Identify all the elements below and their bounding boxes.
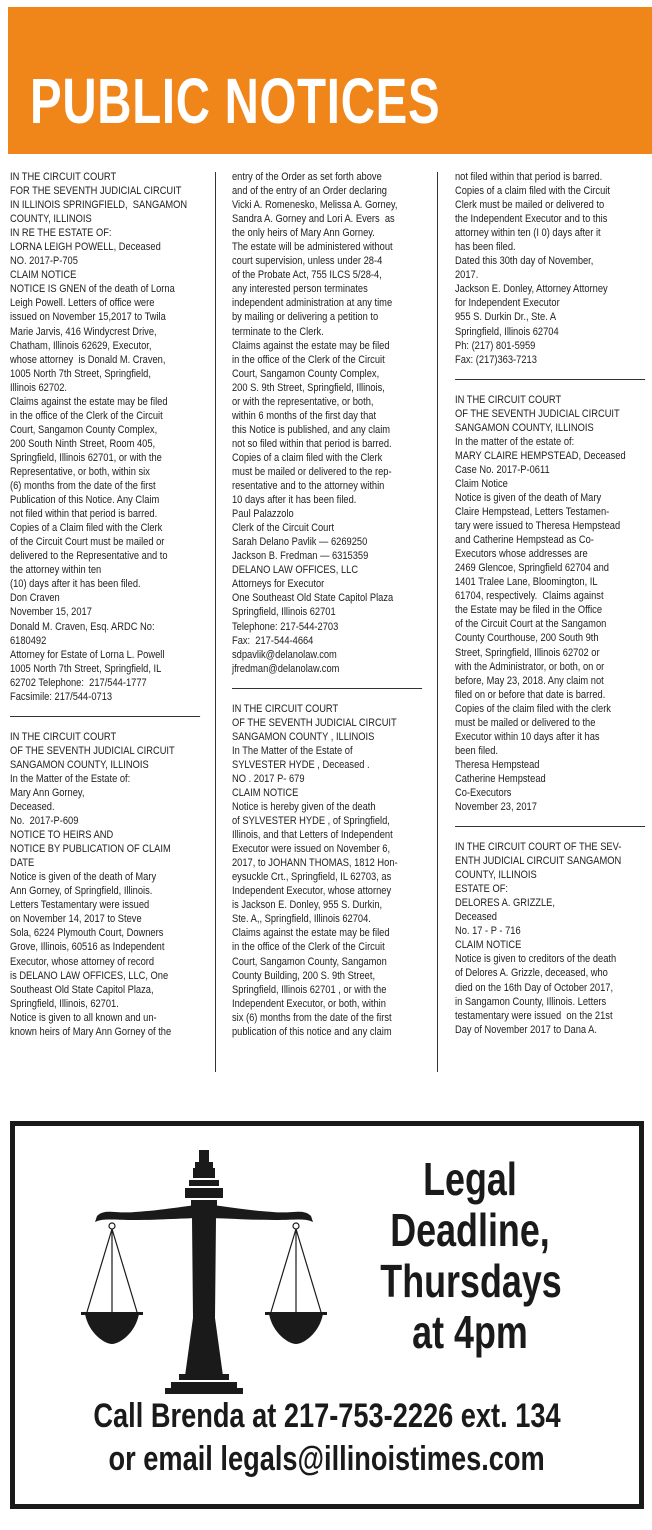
notice-line: delivered to the Representative and to	[10, 549, 199, 563]
notice-separator	[10, 716, 200, 717]
notice-line: of the Probate Act, 755 ILCS 5/28-4,	[232, 268, 421, 282]
notice-line: within 6 months of the first day that	[232, 409, 421, 423]
notice-line: CLAIM NOTICE	[232, 786, 421, 800]
notice-line: Claire Hempstead, Letters Testamen-	[455, 505, 644, 519]
notice-line: IN THE CIRCUIT COURT	[10, 170, 199, 184]
ad-headline: Legal Deadline, Thursdays at 4pm	[355, 1154, 585, 1358]
ad-email-text: or email legals@illinoistimes.com	[109, 1439, 545, 1479]
notice-line: filed on or before that date is barred.	[455, 688, 644, 702]
notice-line: 200 S. 9th Street, Springfield, Illinois…	[232, 381, 421, 395]
notice-line: COUNTY, ILLINOIS	[455, 868, 644, 882]
notice-line: In the matter of the estate of:	[455, 435, 644, 449]
notice-line: Illinois, and that Letters of Independen…	[232, 828, 421, 842]
ad-phone-text: Call Brenda at 217-753-2226 ext. 134	[93, 1396, 560, 1436]
notice-line: In The Matter of the Estate of	[232, 744, 421, 758]
notice-line: 955 S. Durkin Dr., Ste. A	[455, 310, 644, 324]
notice-line: Donald M. Craven, Esq. ARDC No:	[10, 620, 199, 634]
notice-line: Dated this 30th day of November,	[455, 254, 644, 268]
notice-line: NO . 2017 P- 679	[232, 772, 421, 786]
notice-line: tary were issued to Theresa Hempstead	[455, 519, 644, 533]
notice-line: Ste. A,, Springfield, Illinois 62704.	[232, 912, 421, 926]
ad-headline-line: Legal	[380, 1154, 559, 1205]
notice-line: Catherine Hempstead	[455, 772, 644, 786]
notice-line: Marie Jarvis, 416 Windycrest Drive,	[10, 325, 199, 339]
notice-line: Vicki A. Romenesko, Melissa A. Gorney,	[232, 198, 421, 212]
notice-line: (10) days after it has been filed.	[10, 577, 199, 591]
notice-hyde: IN THE CIRCUIT COURTOF THE SEVENTH JUDIC…	[232, 702, 421, 1039]
notice-line: Theresa Hempstead	[455, 758, 644, 772]
notice-line: Publication of this Notice. Any Claim	[10, 493, 199, 507]
notice-line: the Independent Executor and to this	[455, 212, 644, 226]
ad-headline-line: Thursdays	[380, 1256, 559, 1307]
notice-line: Sola, 6224 Plymouth Court, Downers	[10, 926, 199, 940]
notice-line: is DELANO LAW OFFICES, LLC, One	[10, 969, 199, 983]
notice-line: and of the entry of an Order declaring	[232, 184, 421, 198]
notice-line: ESTATE OF:	[455, 882, 644, 896]
notice-line: Jackson E. Donley, Attorney Attorney	[455, 282, 644, 296]
notice-line: The estate will be administered without	[232, 240, 421, 254]
notice-line: of Delores A. Grizzle, deceased, who	[455, 966, 644, 980]
notice-line: Don Craven	[10, 591, 199, 605]
legal-deadline-ad: Legal Deadline, Thursdays at 4pm Call Br…	[10, 1121, 644, 1509]
notice-line: Notice is given to all known and un-	[10, 1011, 199, 1025]
notice-line: FOR THE SEVENTH JUDICIAL CIRCUIT	[10, 184, 199, 198]
column-divider	[215, 172, 216, 1072]
notice-separator	[455, 379, 645, 380]
notice-line: IN ILLINOIS SPRINGFIELD, SANGAMON	[10, 198, 199, 212]
notice-line: testamentary were issued on the 21st	[455, 1009, 644, 1023]
notice-line: entry of the Order as set forth above	[232, 170, 421, 184]
notice-line: on November 14, 2017 to Steve	[10, 912, 199, 926]
notice-line: Notice is hereby given of the death	[232, 800, 421, 814]
notice-line: Notice is given of the death of Mary	[10, 870, 199, 884]
notice-line: SANGAMON COUNTY , ILLINOIS	[232, 730, 421, 744]
notice-line: 200 South Ninth Street, Room 405,	[10, 437, 199, 451]
notice-line: 62702 Telephone: 217/544-1777	[10, 676, 199, 690]
notice-line: Clerk of the Circuit Court	[232, 521, 421, 535]
notice-grizzle: IN THE CIRCUIT COURT OF THE SEV-ENTH JUD…	[455, 840, 644, 1037]
notice-line: (6) months from the date of the first	[10, 479, 199, 493]
notice-line: Springfield, Illinois 62701, or with the	[10, 451, 199, 465]
notice-line: Illinois 62702.	[10, 381, 199, 395]
ad-email-line: or email legals@illinoistimes.com	[15, 1439, 639, 1479]
notice-hyde-continued: not filed within that period is barred.C…	[455, 170, 644, 367]
notice-line: County Courthouse, 200 South 9th	[455, 631, 644, 645]
notice-line: NOTICE IS GNEN of the death of Lorna	[10, 282, 199, 296]
notice-line: Court, Sangamon County Complex,	[232, 367, 421, 381]
notice-line: in Sangamon County, Illinois. Letters	[455, 995, 644, 1009]
notice-line: in the office of the Clerk of the Circui…	[232, 353, 421, 367]
notice-line: Day of November 2017 to Dana A.	[455, 1023, 644, 1037]
notice-line: Paul Palazzolo	[232, 507, 421, 521]
notice-line: whose attorney is Donald M. Craven,	[10, 353, 199, 367]
notice-line: Copies of a claim filed with the Clerk	[232, 451, 421, 465]
notice-line: 1005 North 7th Street, Springfield,	[10, 367, 199, 381]
notice-line: or with the representative, or both,	[232, 395, 421, 409]
notice-line: COUNTY, ILLINOIS	[10, 212, 199, 226]
notice-line: In the Matter of the Estate of:	[10, 772, 199, 786]
notice-line: Southeast Old State Capitol Plaza,	[10, 983, 199, 997]
notice-line: of the Circuit Court must be mailed or	[10, 535, 199, 549]
scales-of-justice-icon	[75, 1148, 339, 1394]
notice-line: the attorney within ten	[10, 563, 199, 577]
notice-line: for Independent Executor	[455, 296, 644, 310]
notice-line: Notice is given of the death of Mary	[455, 491, 644, 505]
notice-line: County Building, 200 S. 9th Street,	[232, 969, 421, 983]
notice-line: Telephone: 217-544-2703	[232, 620, 421, 634]
notice-line: the only heirs of Mary Ann Gorney.	[232, 226, 421, 240]
notice-line: 1005 North 7th Street, Springfield, IL	[10, 662, 199, 676]
notice-line: 61704, respectively. Claims against	[455, 589, 644, 603]
notice-line: MARY CLAIRE HEMPSTEAD, Deceased	[455, 449, 644, 463]
notice-line: Springfield, Illinois 62704	[455, 325, 644, 339]
ad-headline-line: at 4pm	[380, 1307, 559, 1358]
notice-line: jfredman@delanolaw.com	[232, 662, 421, 676]
notice-line: Attorneys for Executor	[232, 577, 421, 591]
notice-line: 2017, to JOHANN THOMAS, 1812 Hon-	[232, 856, 421, 870]
column-divider	[437, 172, 438, 1072]
notice-line: Independent Executor, or both, within	[232, 997, 421, 1011]
notice-line: No. 2017-P-609	[10, 814, 199, 828]
notice-line: Leigh Powell. Letters of office were	[10, 296, 199, 310]
notice-line: DELORES A. GRIZZLE,	[455, 896, 644, 910]
notice-line: ENTH JUDICIAL CIRCUIT SANGAMON	[455, 854, 644, 868]
notice-line: Facsimile: 217/544-0713	[10, 690, 199, 704]
notice-line: must be mailed or delivered to the	[455, 716, 644, 730]
header-banner: PUBLIC NOTICES	[8, 7, 652, 154]
notice-line: LORNA LEIGH POWELL, Deceased	[10, 240, 199, 254]
notice-line: CLAIM NOTICE	[455, 938, 644, 952]
notice-separator	[455, 826, 645, 827]
notice-line: Case No. 2017-P-0611	[455, 463, 644, 477]
notice-line: NO. 2017-P-705	[10, 254, 199, 268]
notice-line: SANGAMON COUNTY, ILLINOIS	[10, 758, 199, 772]
notice-line: DELANO LAW OFFICES, LLC	[232, 563, 421, 577]
notice-line: not filed within that period is barred.	[455, 170, 644, 184]
notice-line: SYLVESTER HYDE , Deceased .	[232, 758, 421, 772]
notice-line: Springfield, Illinois 62701 , or with th…	[232, 983, 421, 997]
notice-line: not so filed within that period is barre…	[232, 437, 421, 451]
notice-line: SANGAMON COUNTY, ILLINOIS	[455, 421, 644, 435]
notice-line: IN THE CIRCUIT COURT	[455, 393, 644, 407]
notice-line: NOTICE BY PUBLICATION OF CLAIM	[10, 842, 199, 856]
notice-line: terminate to the Clerk.	[232, 325, 421, 339]
notice-line: Executor were issued on November 6,	[232, 842, 421, 856]
notice-line: in the office of the Clerk of the Circui…	[232, 940, 421, 954]
notice-line: OF THE SEVENTH JUDICIAL CIRCUIT	[232, 716, 421, 730]
notice-line: Fax: (217)363-7213	[455, 353, 644, 367]
notice-line: Letters Testamentary were issued	[10, 898, 199, 912]
ad-headline-line: Deadline,	[380, 1205, 559, 1256]
notice-line: in the office of the Clerk of the Circui…	[10, 409, 199, 423]
notice-line: Independent Executor, whose attorney	[232, 884, 421, 898]
notice-line: been filed.	[455, 744, 644, 758]
column-3: not filed within that period is barred.C…	[455, 170, 644, 1037]
notice-line: court supervision, unless under 28-4	[232, 254, 421, 268]
notice-line: of SYLVESTER HYDE , of Springfield,	[232, 814, 421, 828]
notice-line: Claims against the estate may be filed	[10, 395, 199, 409]
notice-line: Executors whose addresses are	[455, 547, 644, 561]
notice-line: publication of this notice and any claim	[232, 1025, 421, 1039]
notice-line: NOTICE TO HEIRS AND	[10, 828, 199, 842]
notice-line: Mary Ann Gorney,	[10, 786, 199, 800]
notice-line: Attorney for Estate of Lorna L. Powell	[10, 648, 199, 662]
notice-line: known heirs of Mary Ann Gorney of the	[10, 1025, 199, 1039]
notice-line: sdpavlik@delanolaw.com	[232, 648, 421, 662]
notice-line: Grove, Illinois, 60516 as Independent	[10, 940, 199, 954]
notice-line: died on the 16th Day of October 2017,	[455, 981, 644, 995]
notice-line: is Jackson E. Donley, 955 S. Durkin,	[232, 898, 421, 912]
notice-line: Copies of a Claim filed with the Clerk	[10, 521, 199, 535]
column-2: entry of the Order as set forth aboveand…	[232, 170, 421, 1039]
notice-line: of the Circuit Court at the Sangamon	[455, 617, 644, 631]
notice-line: 1401 Tralee Lane, Bloomington, IL	[455, 575, 644, 589]
notice-powell: IN THE CIRCUIT COURTFOR THE SEVENTH JUDI…	[10, 170, 199, 704]
notice-line: Co-Executors	[455, 786, 644, 800]
notice-line: Executor, whose attorney of record	[10, 955, 199, 969]
notice-line: any interested person terminates	[232, 282, 421, 296]
notice-line: six (6) months from the date of the firs…	[232, 1011, 421, 1025]
notice-hempstead: IN THE CIRCUIT COURTOF THE SEVENTH JUDIC…	[455, 393, 644, 814]
notice-line: attorney within ten (I 0) days after it	[455, 226, 644, 240]
notice-line: with the Administrator, or both, on or	[455, 660, 644, 674]
column-1: IN THE CIRCUIT COURTFOR THE SEVENTH JUDI…	[10, 170, 199, 1039]
notice-line: 2017.	[455, 268, 644, 282]
notice-line: Claim Notice	[455, 477, 644, 491]
notice-line: Executor within 10 days after it has	[455, 730, 644, 744]
notice-line: Claims against the estate may be filed	[232, 926, 421, 940]
ad-phone-line: Call Brenda at 217-753-2226 ext. 134	[15, 1396, 639, 1436]
notice-line: this Notice is published, and any claim	[232, 423, 421, 437]
notice-line: IN THE CIRCUIT COURT	[10, 730, 199, 744]
notice-line: Sarah Delano Pavlik — 6269250	[232, 535, 421, 549]
notice-line: 2469 Glencoe, Springfield 62704 and	[455, 561, 644, 575]
notice-line: resentative and to the attorney within	[232, 479, 421, 493]
notice-line: Ph: (217) 801-5959	[455, 339, 644, 353]
notice-line: Copies of a claim filed with the Circuit	[455, 184, 644, 198]
notice-line: Ann Gorney, of Springfield, Illinois.	[10, 884, 199, 898]
notice-line: Court, Sangamon County Complex,	[10, 423, 199, 437]
notice-line: the Estate may be filed in the Office	[455, 603, 644, 617]
notice-line: DATE	[10, 856, 199, 870]
notice-line: 6180492	[10, 634, 199, 648]
notice-line: Chatham, Illinois 62629, Executor,	[10, 339, 199, 353]
notice-line: IN RE THE ESTATE OF:	[10, 226, 199, 240]
notice-line: Notice is given to creditors of the deat…	[455, 952, 644, 966]
notice-line: independent administration at any time	[232, 296, 421, 310]
notice-line: eysuckle Crt., Springfield, IL 62703, as	[232, 870, 421, 884]
notice-line: OF THE SEVENTH JUDICIAL CIRCUIT	[455, 407, 644, 421]
notice-line: November 23, 2017	[455, 800, 644, 814]
notice-line: must be mailed or delivered to the rep-	[232, 465, 421, 479]
notice-line: Jackson B. Fredman — 6315359	[232, 549, 421, 563]
notice-line: Springfield, Illinois 62701	[232, 605, 421, 619]
notice-line: Sandra A. Gorney and Lori A. Evers as	[232, 212, 421, 226]
notice-line: by mailing or delivering a petition to	[232, 310, 421, 324]
page-title: PUBLIC NOTICES	[30, 69, 440, 133]
notice-line: Clerk must be mailed or delivered to	[455, 198, 644, 212]
notice-line: Deceased	[455, 910, 644, 924]
notice-line: CLAIM NOTICE	[10, 268, 199, 282]
notice-gorney-continued: entry of the Order as set forth aboveand…	[232, 170, 421, 676]
notice-line: 10 days after it has been filed.	[232, 493, 421, 507]
notice-line: OF THE SEVENTH JUDICIAL CIRCUIT	[10, 744, 199, 758]
notice-line: Deceased.	[10, 800, 199, 814]
notice-separator	[232, 688, 422, 689]
notice-line: IN THE CIRCUIT COURT OF THE SEV-	[455, 840, 644, 854]
notice-line: and Catherine Hempstead as Co-	[455, 533, 644, 547]
notice-line: Copies of the claim filed with the clerk	[455, 702, 644, 716]
notice-line: One Southeast Old State Capitol Plaza	[232, 591, 421, 605]
notice-line: Representative, or both, within six	[10, 465, 199, 479]
notice-line: Springfield, Illinois, 62701.	[10, 997, 199, 1011]
notice-line: Street, Springfield, Illinois 62702 or	[455, 646, 644, 660]
notice-line: IN THE CIRCUIT COURT	[232, 702, 421, 716]
notice-line: issued on November 15,2017 to Twila	[10, 310, 199, 324]
notice-line: before, May 23, 2018. Any claim not	[455, 674, 644, 688]
notice-line: Court, Sangamon County, Sangamon	[232, 955, 421, 969]
notice-line: November 15, 2017	[10, 605, 199, 619]
notice-line: Fax: 217-544-4664	[232, 634, 421, 648]
notice-line: No. 17 - P - 716	[455, 924, 644, 938]
notice-gorney: IN THE CIRCUIT COURTOF THE SEVENTH JUDIC…	[10, 730, 199, 1039]
notice-line: not filed within that period is barred.	[10, 507, 199, 521]
notice-line: Claims against the estate may be filed	[232, 339, 421, 353]
notice-line: has been filed.	[455, 240, 644, 254]
